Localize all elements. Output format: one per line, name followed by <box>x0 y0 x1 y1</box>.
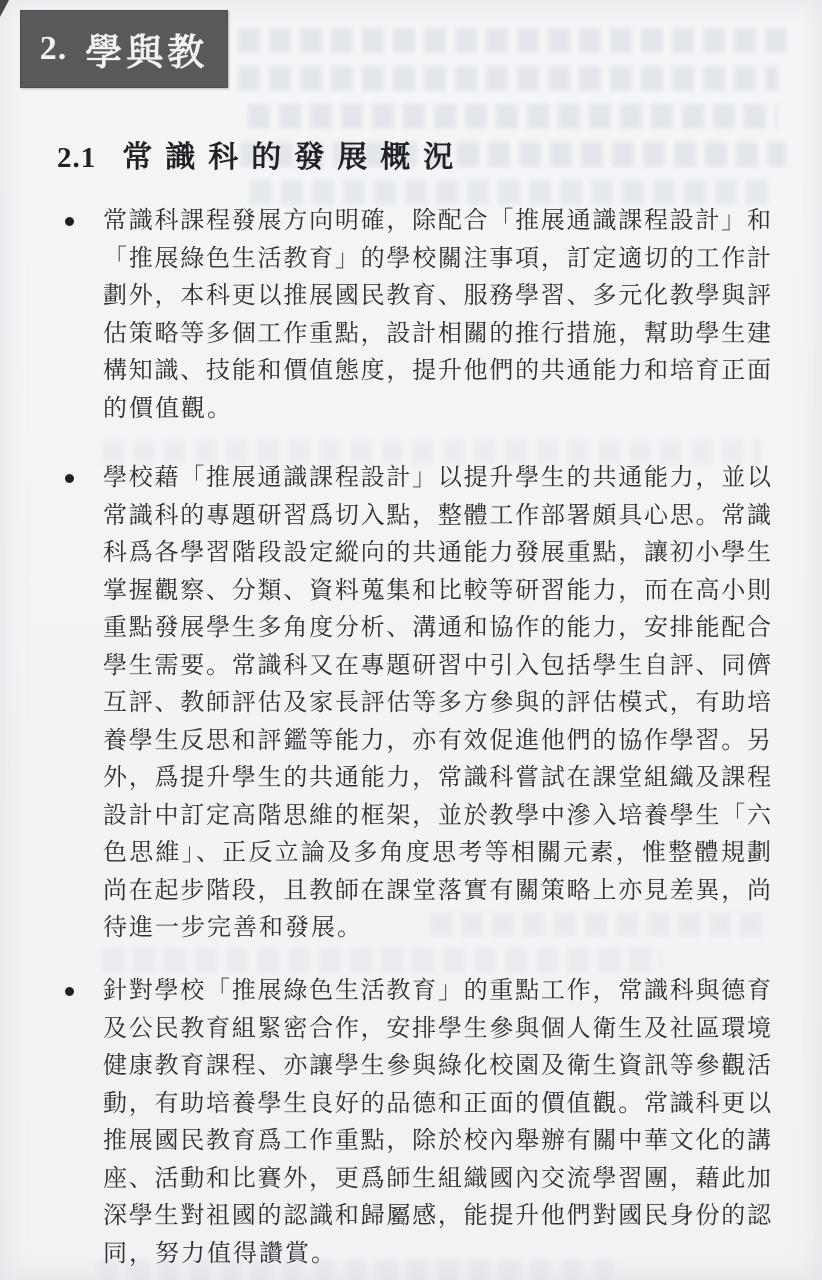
bullet-icon <box>65 217 74 226</box>
text-line: 健康教育課程、亦讓學生參與綠化校園及衛生資訊等參觀活 <box>103 1048 771 1086</box>
text-line: 估策略等多個工作重點，設計相關的推行措施，幫助學生建 <box>103 316 771 354</box>
text-line: 科爲各學習階段設定縱向的共通能力發展重點，讓初小學生 <box>103 535 771 573</box>
bleedthrough-text-row <box>102 948 662 973</box>
text-line: 的價值觀。 <box>103 391 771 429</box>
section-number: 2.1 <box>57 138 96 178</box>
text-line: 「推展綠色生活教育」的學校關注事項，訂定適切的工作計 <box>103 241 771 279</box>
bleedthrough-text-row <box>238 28 790 53</box>
text-line: 構知識、技能和價值態度，提升他們的共通能力和培育正面 <box>103 353 771 391</box>
text-line: 及公民教育組緊密合作，安排學生參與個人衛生及社區環境 <box>103 1011 771 1049</box>
text-line: 學生需要。常識科又在專題研習中引入包括學生自評、同儕 <box>103 648 771 686</box>
text-line: 座、活動和比賽外，更爲師生組織國內交流學習團，藉此加 <box>103 1161 771 1199</box>
bullet-icon <box>65 474 74 483</box>
text-line: 常識科課程發展方向明確，除配合「推展通識課程設計」和 <box>103 203 771 241</box>
scan-corner-artifact <box>0 0 9 17</box>
text-line: 常識科的專題研習爲切入點，整體工作部署頗具心思。常識 <box>103 498 771 536</box>
bullet-paragraph: 常識科課程發展方向明確，除配合「推展通識課程設計」和「推展綠色生活教育」的學校關… <box>62 203 774 428</box>
text-line: 外，爲提升學生的共通能力，常識科嘗試在課堂組織及課程 <box>103 760 771 798</box>
text-line: 待進一步完善和發展。 <box>103 910 771 948</box>
text-line: 尚在起步階段，且教師在課堂落實有關策略上亦見差異，尚 <box>103 873 771 911</box>
scanned-document-page: 2. 學與教 2.1 常識科的發展概況 常識科課程發展方向明確，除配合「推展通識… <box>0 0 822 1280</box>
bullet-paragraph: 針對學校「推展綠色生活教育」的重點工作，常識科與德育及公民教育組緊密合作，安排學… <box>62 973 774 1273</box>
text-line: 劃外，本科更以推展國民教育、服務學習、多元化教學與評 <box>103 278 771 316</box>
section-heading: 2.1 常識科的發展概況 <box>57 138 466 178</box>
text-line: 互評、教師評估及家長評估等多方參與的評估模式，有助培 <box>103 685 771 723</box>
text-line: 同，努力值得讚賞。 <box>103 1236 771 1274</box>
text-line: 推展國民教育爲工作重點，除於校內舉辦有關中華文化的講 <box>103 1123 771 1161</box>
chapter-heading-box: 2. 學與教 <box>20 10 228 88</box>
text-line: 學校藉「推展通識課程設計」以提升學生的共通能力，並以 <box>103 460 771 498</box>
text-line: 設計中訂定高階思維的框架，並於教學中滲入培養學生「六 <box>103 798 771 836</box>
text-line: 色思維」、正反立論及多角度思考等相關元素，惟整體規劃 <box>103 835 771 873</box>
bleedthrough-text-row <box>250 180 770 205</box>
text-line: 重點發展學生多角度分析、溝通和協作的能力，安排能配合 <box>103 610 771 648</box>
section-title: 常識科的發展概況 <box>122 138 466 178</box>
text-line: 深學生對祖國的認識和歸屬感，能提升他們對國民身份的認 <box>103 1198 771 1236</box>
text-line: 動，有助培養學生良好的品德和正面的價值觀。常識科更以 <box>103 1086 771 1124</box>
bullet-paragraph: 學校藉「推展通識課程設計」以提升學生的共通能力，並以常識科的專題研習爲切入點，整… <box>62 460 774 948</box>
chapter-number: 2. <box>40 30 68 68</box>
text-line: 掌握觀察、分類、資料蒐集和比較等研習能力，而在高小則 <box>103 573 771 611</box>
text-line: 針對學校「推展綠色生活教育」的重點工作，常識科與德育 <box>103 973 771 1011</box>
text-line: 養學生反思和評鑑等能力，亦有效促進他們的協作學習。另 <box>103 723 771 761</box>
paragraph-text: 針對學校「推展綠色生活教育」的重點工作，常識科與德育及公民教育組緊密合作，安排學… <box>103 973 771 1273</box>
paragraph-text: 常識科課程發展方向明確，除配合「推展通識課程設計」和「推展綠色生活教育」的學校關… <box>103 203 771 428</box>
paragraph-text: 學校藉「推展通識課程設計」以提升學生的共通能力，並以常識科的專題研習爲切入點，整… <box>103 460 771 948</box>
bleedthrough-text-row <box>238 66 778 91</box>
bleedthrough-text-row <box>248 104 778 129</box>
chapter-title: 學與教 <box>85 22 208 76</box>
bullet-icon <box>65 987 74 996</box>
